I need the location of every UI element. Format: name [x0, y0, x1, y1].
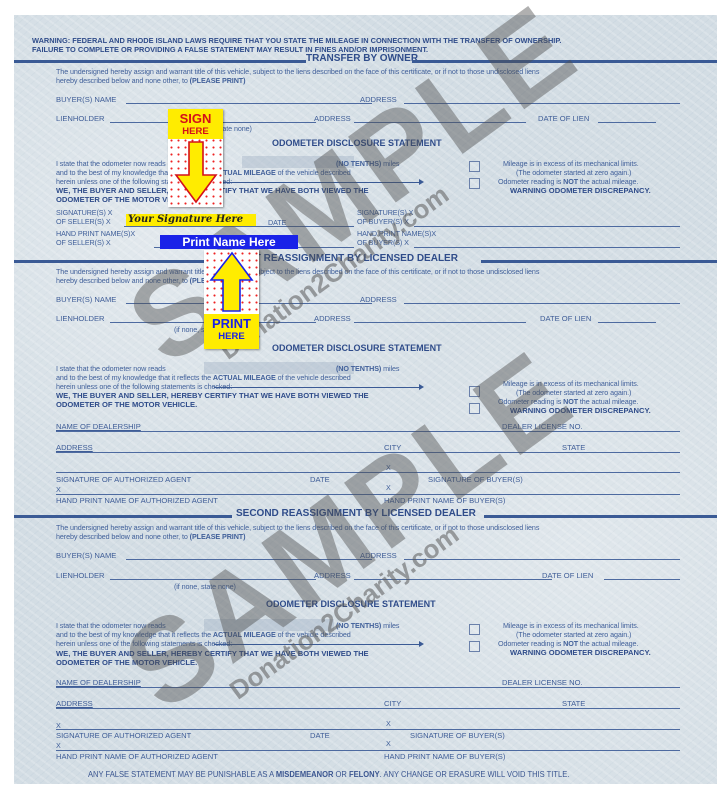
buyer-address-field[interactable]: [404, 103, 680, 104]
checkbox-not-actual-mileage[interactable]: [469, 641, 480, 652]
buyer-address-field[interactable]: [404, 559, 680, 560]
section-title: FIRST REASSIGNMENT BY LICENSED DEALER: [232, 253, 458, 264]
section-title: TRANSFER BY OWNER: [306, 53, 418, 64]
print-here-callout: PRINT HERE: [204, 250, 259, 349]
section-first-reassignment: FIRST REASSIGNMENT BY LICENSED DEALER Th…: [14, 215, 717, 475]
warning-line-1: WARNING: FEDERAL AND RHODE ISLAND LAWS R…: [32, 36, 561, 45]
signature-placeholder[interactable]: Your Signature Here: [126, 214, 256, 226]
checkbox-mechanical-limits[interactable]: [469, 161, 480, 172]
checkbox-mechanical-limits[interactable]: [469, 386, 480, 397]
dealership-field[interactable]: [56, 687, 680, 688]
date-of-lien-field[interactable]: [598, 322, 656, 323]
vehicle-title-reverse: WARNING: FEDERAL AND RHODE ISLAND LAWS R…: [14, 15, 717, 784]
lienholder-address-field[interactable]: [354, 579, 552, 580]
date-of-lien-field[interactable]: [604, 579, 680, 580]
dealership-field[interactable]: [56, 431, 680, 432]
section-second-reassignment: SECOND REASSIGNMENT BY LICENSED DEALER T…: [14, 469, 717, 769]
dealer-address-field[interactable]: [56, 452, 680, 453]
arrow-up-icon: [204, 250, 259, 314]
date-of-lien-field[interactable]: [598, 122, 656, 123]
print-name-placeholder[interactable]: Print Name Here: [160, 235, 298, 249]
lienholder-address-field[interactable]: [354, 122, 526, 123]
section-title: SECOND REASSIGNMENT BY LICENSED DEALER: [236, 508, 476, 519]
checkbox-not-actual-mileage[interactable]: [469, 178, 480, 189]
buyers-name-field[interactable]: [126, 103, 372, 104]
buyers-name-label: BUYER(S) NAME: [56, 95, 116, 104]
agent-print-name-field[interactable]: [56, 750, 680, 751]
checkbox-mechanical-limits[interactable]: [469, 624, 480, 635]
buyer-address-field[interactable]: [404, 303, 680, 304]
lienholder-address-field[interactable]: [354, 322, 526, 323]
lienholder-field[interactable]: [110, 579, 316, 580]
checkbox-not-actual-mileage[interactable]: [469, 403, 480, 414]
assign-text: The undersigned hereby assign and warran…: [56, 67, 539, 76]
arrow-down-icon: [168, 139, 223, 207]
dealer-address-field[interactable]: [56, 708, 680, 709]
footer-notice: ANY FALSE STATEMENT MAY BE PUNISHABLE AS…: [88, 769, 569, 779]
agent-signature-field[interactable]: [56, 729, 680, 730]
sign-here-callout: SIGN HERE: [168, 109, 223, 207]
odometer-title: ODOMETER DISCLOSURE STATEMENT: [272, 138, 442, 148]
buyers-name-field[interactable]: [126, 559, 372, 560]
